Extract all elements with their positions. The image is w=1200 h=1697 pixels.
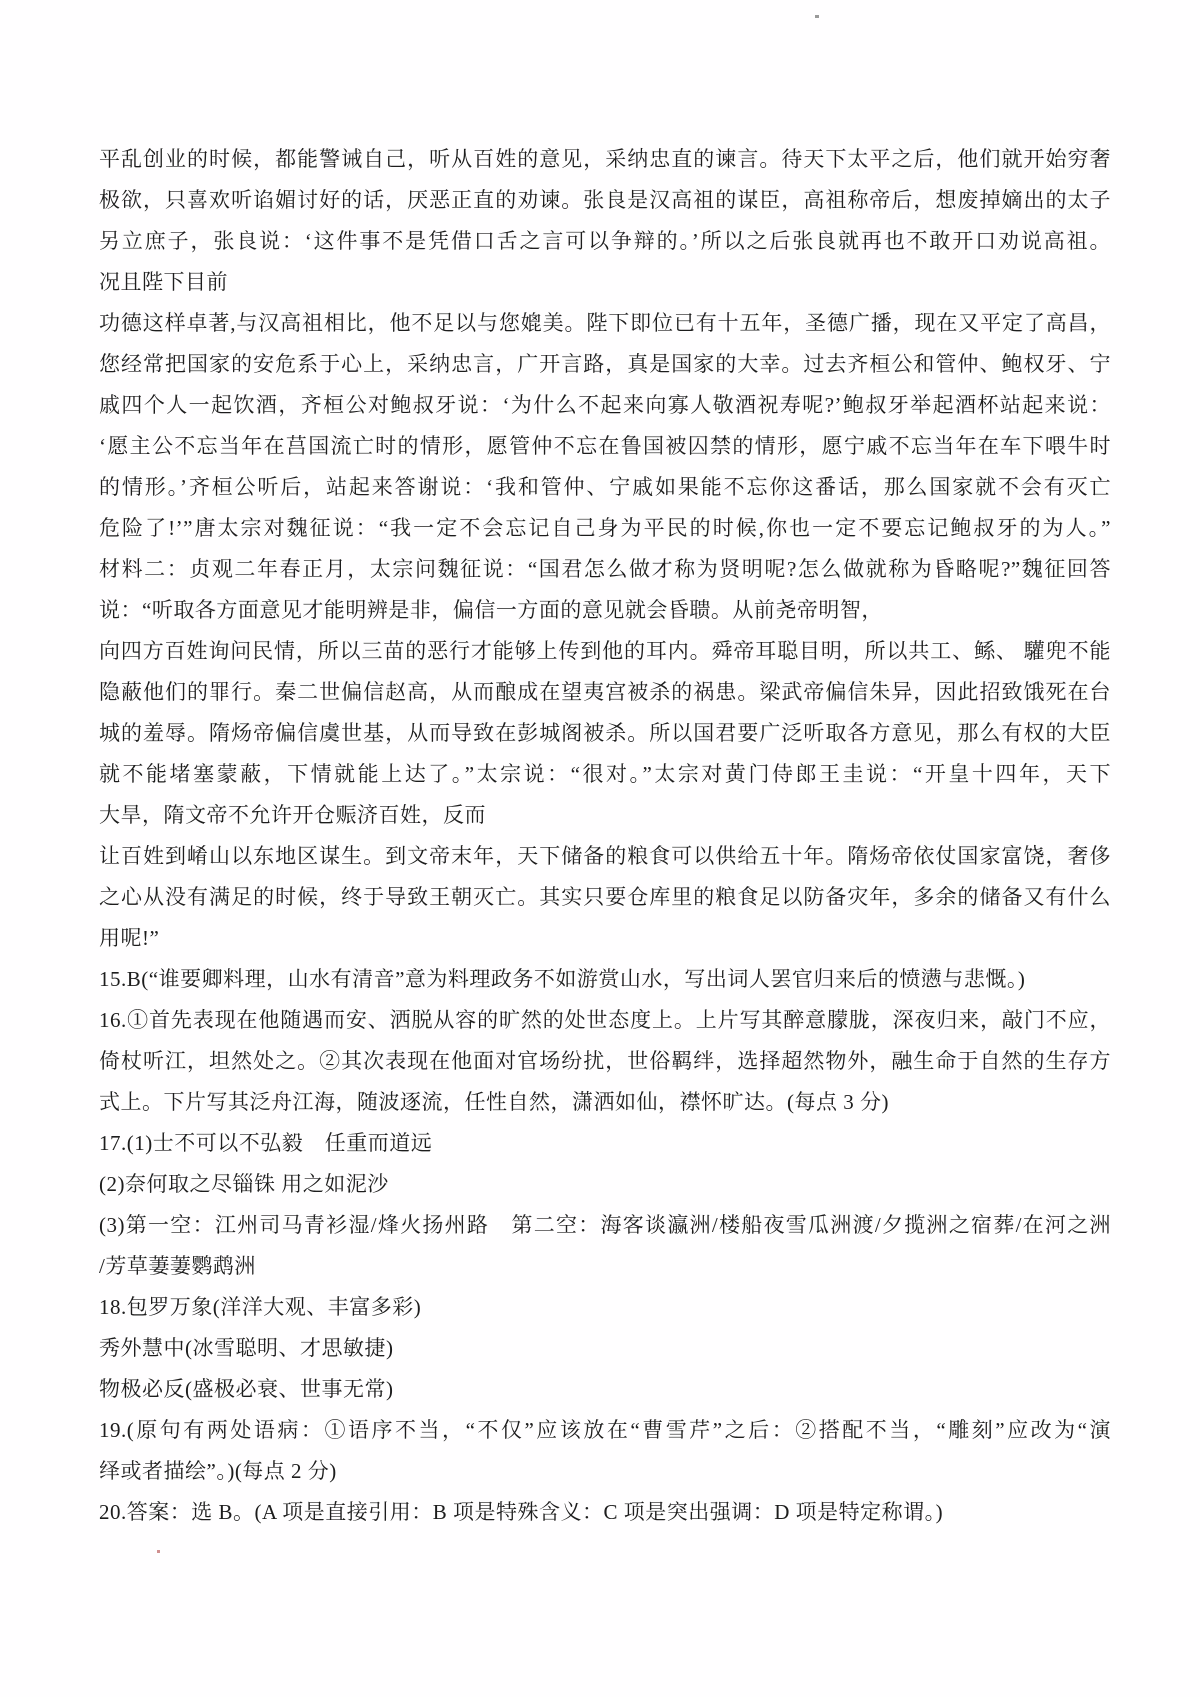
- text-line-24: 式上。下片写其泛舟江海，随波逐流，任性自然，潇洒如仙，襟怀旷达。(每点 3 分): [99, 1082, 1111, 1123]
- text-line-8: ‘愿主公不忘当年在莒国流亡时的情形，愿管仲不忘在鲁国被囚禁的情形，愿宁戚不忘当年…: [99, 426, 1111, 467]
- text-line-9: 的情形。’齐桓公听后，站起来答谢说：‘我和管仲、宁戚如果能不忘你这番话，那么国家…: [99, 467, 1111, 508]
- text-line-7: 戚四个人一起饮酒，齐桓公对鲍叔牙说：‘为什么不起来向寡人敬酒祝寿呢?’鲍叔牙举起…: [99, 385, 1111, 426]
- text-line-16: 就不能堵塞蒙蔽，下情就能上达了。”太宗说：“很对。”太宗对黄门侍郎王圭说：“开皇…: [99, 754, 1111, 795]
- text-line-14: 隐蔽他们的罪行。秦二世偏信赵高，从而酿成在望夷宫被杀的祸患。梁武帝偏信朱异，因此…: [99, 672, 1111, 713]
- text-line-3: 另立庶子，张良说：‘这件事不是凭借口舌之言可以争辩的。’所以之后张良就再也不敢开…: [99, 221, 1111, 262]
- document-page: 平乱创业的时候，都能警诫自己，听从百姓的意见，采纳忠直的谏言。待天下太平之后，他…: [0, 0, 1200, 1697]
- text-line-1: 平乱创业的时候，都能警诫自己，听从百姓的意见，采纳忠直的谏言。待天下太平之后，他…: [99, 139, 1111, 180]
- text-line-2: 极欲，只喜欢听谄媚讨好的话，厌恶正直的劝谏。张良是汉高祖的谋臣，高祖称帝后，想废…: [99, 180, 1111, 221]
- text-line-23: 倚杖听江，坦然处之。②其次表现在他面对官场纷扰，世俗羁绊，选择超然物外，融生命于…: [99, 1041, 1111, 1082]
- scan-speck-bottom: [157, 1550, 160, 1553]
- text-line-6: 您经常把国家的安危系于心上，采纳忠言，广开言路，真是国家的大幸。过去齐桓公和管仲…: [99, 344, 1111, 385]
- text-line-17: 大旱，隋文帝不允许开仓赈济百姓，反而: [99, 795, 1111, 836]
- text-line-4: 况且陛下目前: [99, 262, 1111, 303]
- text-line-25: 17.(1)士不可以不弘毅 任重而道远: [99, 1123, 1111, 1164]
- text-line-29: 18.包罗万象(洋洋大观、丰富多彩): [99, 1287, 1111, 1328]
- text-line-10: 危险了!’”唐太宗对魏征说：“我一定不会忘记自己身为平民的时候,你也一定不要忘记…: [99, 508, 1111, 549]
- text-line-28: /芳草萋萋鹦鹉洲: [99, 1246, 1111, 1287]
- text-line-21: 15.B(“谁要卿料理，山水有清音”意为料理政务不如游赏山水，写出词人罢官归来后…: [99, 959, 1111, 1000]
- text-line-27: (3)第一空：江州司马青衫湿/烽火扬州路 第二空：海客谈瀛洲/楼船夜雪瓜洲渡/夕…: [99, 1205, 1111, 1246]
- text-line-20: 用呢!”: [99, 918, 1111, 959]
- text-line-31: 物极必反(盛极必衰、世事无常): [99, 1369, 1111, 1410]
- text-line-33: 绎或者描绘”。)(每点 2 分): [99, 1451, 1111, 1492]
- text-line-15: 城的羞辱。隋炀帝偏信虞世基，从而导致在彭城阁被杀。所以国君要广泛听取各方意见，那…: [99, 713, 1111, 754]
- text-line-26: (2)奈何取之尽锱铢 用之如泥沙: [99, 1164, 1111, 1205]
- text-line-12: 说：“听取各方面意见才能明辨是非，偏信一方面的意见就会昏聩。从前尧帝明智，: [99, 590, 1111, 631]
- text-line-5: 功德这样卓著,与汉高祖相比，他不足以与您媲美。陛下即位已有十五年，圣德广播，现在…: [99, 303, 1111, 344]
- text-line-19: 之心从没有满足的时候，终于导致王朝灭亡。其实只要仓库里的粮食足以防备灾年，多余的…: [99, 877, 1111, 918]
- text-block: 平乱创业的时候，都能警诫自己，听从百姓的意见，采纳忠直的谏言。待天下太平之后，他…: [99, 139, 1111, 1533]
- text-line-11: 材料二：贞观二年春正月，太宗问魏征说：“国君怎么做才称为贤明呢?怎么做就称为昏略…: [99, 549, 1111, 590]
- text-line-34: 20.答案：选 B。(A 项是直接引用：B 项是特殊含义：C 项是突出强调：D …: [99, 1492, 1111, 1533]
- text-line-30: 秀外慧中(冰雪聪明、才思敏捷): [99, 1328, 1111, 1369]
- text-line-18: 让百姓到崤山以东地区谋生。到文帝末年，天下储备的粮食可以供给五十年。隋炀帝依仗国…: [99, 836, 1111, 877]
- text-line-13: 向四方百姓询问民情，所以三苗的恶行才能够上传到他的耳内。舜帝耳聪目明，所以共工、…: [99, 631, 1111, 672]
- text-line-32: 19.(原句有两处语病：①语序不当，“不仅”应该放在“曹雪芹”之后：②搭配不当，…: [99, 1410, 1111, 1451]
- text-line-22: 16.①首先表现在他随遇而安、洒脱从容的旷然的处世态度上。上片写其醉意朦胧，深夜…: [99, 1000, 1111, 1041]
- scan-speck-top: [815, 15, 819, 18]
